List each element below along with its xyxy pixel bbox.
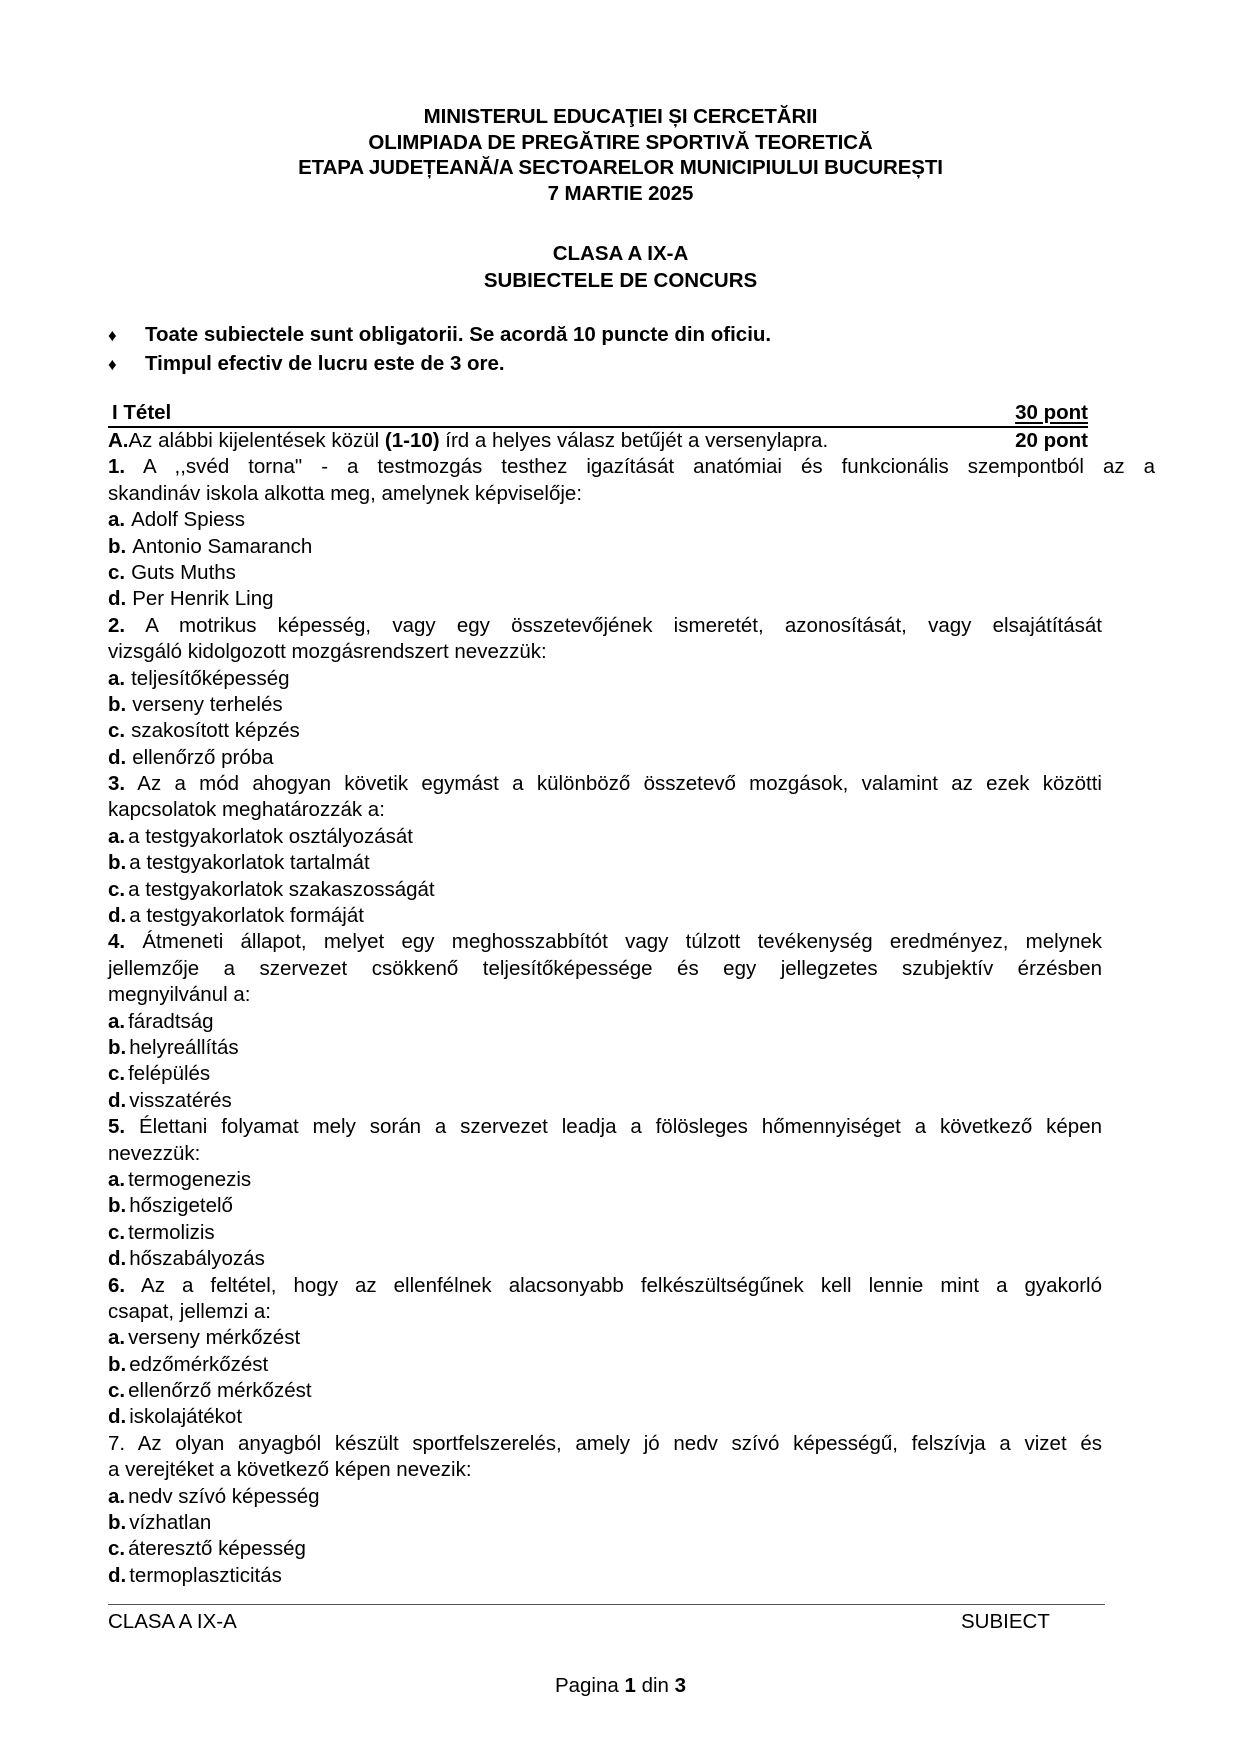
question-text: skandináv iskola alkotta meg, amelynek k… [108, 482, 582, 505]
question-stem-continued: a verejtéket a következő képen nevezik: [108, 1457, 1158, 1483]
option-letter: c. [108, 719, 125, 742]
question-text: Az a mód ahogyan követik egymást a külön… [137, 772, 1102, 795]
questions-content: A.Az alábbi kijelentések közül (1-10) ír… [108, 428, 1158, 1589]
answer-option: a.a testgyakorlatok osztályozását [108, 824, 1158, 850]
rules-list: ♦ Toate subiectele sunt obligatorii. Se … [108, 320, 1108, 378]
option-text: ellenőrző mérkőzést [128, 1379, 311, 1402]
question-number: 4. [108, 930, 125, 953]
option-text: a testgyakorlatok szakaszosságát [128, 878, 435, 901]
footer-class: CLASA A IX-A [108, 1610, 237, 1634]
question-text: Élettani folyamat mely során a szervezet… [139, 1115, 1102, 1138]
option-letter: a. [108, 1010, 125, 1033]
diamond-bullet-icon: ♦ [108, 350, 145, 379]
answer-option: d.a testgyakorlatok formáját [108, 903, 1158, 929]
section-header: I Tétel 30 pont [108, 401, 1088, 428]
section-points: 30 pont [1015, 401, 1088, 426]
option-text: Adolf Spiess [131, 508, 245, 531]
answer-option: d.ellenőrző próba [108, 745, 1158, 771]
option-text: fáradtság [128, 1010, 213, 1033]
exam-date: 7 MARTIE 2025 [0, 181, 1241, 207]
answer-option: d.hőszabályozás [108, 1246, 1158, 1272]
answer-option: b.vízhatlan [108, 1510, 1158, 1536]
option-letter: b. [108, 535, 126, 558]
footer-subject: SUBIECT [961, 1610, 1050, 1634]
question-text: jellemzője a szervezet csökkenő teljesít… [108, 957, 1102, 980]
question-number: 2. [108, 614, 125, 637]
current-page: 1 [624, 1674, 635, 1697]
option-text: verseny terhelés [132, 693, 282, 716]
class-label: CLASA A IX-A [0, 240, 1241, 267]
total-pages: 3 [675, 1674, 686, 1697]
option-letter: a. [108, 508, 125, 531]
option-text: a testgyakorlatok formáját [129, 904, 364, 927]
question-text: a verejtéket a következő képen nevezik: [108, 1458, 472, 1481]
option-letter: b. [108, 1511, 126, 1534]
question-text: vizsgáló kidolgozott mozgásrendszert nev… [108, 640, 547, 663]
question-item: 3. Az a mód ahogyan követik egymást a kü… [108, 771, 1158, 929]
question-item: 6. Az a feltétel, hogy az ellenfélnek al… [108, 1273, 1158, 1431]
question-number: 3. [108, 772, 125, 795]
ministry-title: MINISTERUL EDUCAŢIEI ȘI CERCETĂRII [0, 104, 1241, 130]
footer-divider [108, 1604, 1105, 1605]
answer-option: a.Adolf Spiess [108, 507, 1158, 533]
question-stem-continued: megnyilvánul a: [108, 982, 1158, 1008]
answer-option: b.edzőmérkőzést [108, 1352, 1158, 1378]
subject-title: SUBIECTELE DE CONCURS [0, 267, 1241, 294]
question-stem: 4. Átmeneti állapot, melyet egy meghossz… [108, 929, 1102, 955]
option-text: termogenezis [128, 1168, 251, 1191]
question-number: 7. [108, 1432, 125, 1455]
question-item: 5. Élettani folyamat mely során a szerve… [108, 1114, 1158, 1272]
option-letter: c. [108, 1379, 125, 1402]
question-list: 1. A ,,svéd torna" - a testmozgás testhe… [108, 454, 1158, 1589]
diamond-bullet-icon: ♦ [108, 321, 145, 350]
option-text: Antonio Samaranch [132, 535, 312, 558]
option-letter: b. [108, 1036, 126, 1059]
answer-option: c.áteresztő képesség [108, 1536, 1158, 1562]
answer-option: c.termolizis [108, 1220, 1158, 1246]
option-letter: d. [108, 1564, 126, 1587]
option-text: nedv szívó képesség [128, 1485, 319, 1508]
stage-title: ETAPA JUDEȚEANĂ/A SECTOARELOR MUNICIPIUL… [0, 155, 1241, 181]
option-letter: b. [108, 851, 126, 874]
question-item: 1. A ,,svéd torna" - a testmozgás testhe… [108, 454, 1158, 612]
answer-option: d.visszatérés [108, 1088, 1158, 1114]
answer-option: b.a testgyakorlatok tartalmát [108, 850, 1158, 876]
exam-page: MINISTERUL EDUCAŢIEI ȘI CERCETĂRII OLIMP… [0, 0, 1241, 1755]
question-text: kapcsolatok meghatározzák a: [108, 798, 385, 821]
question-item: 7. Az olyan anyagból készült sportfelsze… [108, 1431, 1158, 1589]
option-text: ellenőrző próba [132, 746, 273, 769]
option-text: hőszigetelő [129, 1194, 233, 1217]
answer-option: a.verseny mérkőzést [108, 1325, 1158, 1351]
answer-option: c.a testgyakorlatok szakaszosságát [108, 877, 1158, 903]
question-stem-continued: kapcsolatok meghatározzák a: [108, 797, 1158, 823]
answer-option: c.Guts Muths [108, 560, 1158, 586]
option-letter: a. [108, 825, 125, 848]
answer-option: a.fáradtság [108, 1009, 1158, 1035]
answer-option: b.verseny terhelés [108, 692, 1158, 718]
question-stem: 5. Élettani folyamat mely során a szerve… [108, 1114, 1102, 1140]
option-text: visszatérés [129, 1089, 232, 1112]
answer-option: b.helyreállítás [108, 1035, 1158, 1061]
option-letter: d. [108, 1089, 126, 1112]
option-letter: c. [108, 1537, 125, 1560]
part-points: 20 pont [1015, 428, 1088, 454]
option-text: teljesítőképesség [131, 667, 289, 690]
option-text: edzőmérkőzést [129, 1353, 268, 1376]
option-text: helyreállítás [129, 1036, 238, 1059]
option-text: felépülés [128, 1062, 210, 1085]
part-a-instruction: A.Az alábbi kijelentések közül (1-10) ír… [108, 428, 1088, 454]
question-stem: 1. A ,,svéd torna" - a testmozgás testhe… [108, 454, 1155, 480]
question-stem: 2. A motrikus képesség, vagy egy összete… [108, 613, 1102, 639]
option-letter: d. [108, 746, 126, 769]
option-letter: b. [108, 1194, 126, 1217]
class-block: CLASA A IX-A SUBIECTELE DE CONCURS [0, 240, 1241, 294]
option-text: termolizis [128, 1221, 215, 1244]
answer-option: a.nedv szívó képesség [108, 1484, 1158, 1510]
rule-item: ♦ Timpul efectiv de lucru este de 3 ore. [108, 349, 1108, 378]
question-stem: 6. Az a feltétel, hogy az ellenfélnek al… [108, 1273, 1102, 1299]
option-letter: c. [108, 561, 125, 584]
answer-option: a.termogenezis [108, 1167, 1158, 1193]
page-number: Pagina 1 din 3 [0, 1674, 1241, 1698]
question-text: A ,,svéd torna" - a testmozgás testhez i… [143, 455, 1155, 478]
document-header: MINISTERUL EDUCAŢIEI ȘI CERCETĂRII OLIMP… [0, 104, 1241, 206]
option-text: Per Henrik Ling [132, 587, 273, 610]
option-letter: d. [108, 587, 126, 610]
question-number: 1. [108, 455, 125, 478]
question-item: 4. Átmeneti állapot, melyet egy meghossz… [108, 929, 1158, 1114]
option-letter: d. [108, 904, 126, 927]
option-letter: d. [108, 1405, 126, 1428]
question-stem: 7. Az olyan anyagból készült sportfelsze… [108, 1431, 1102, 1457]
answer-option: a.teljesítőképesség [108, 666, 1158, 692]
answer-option: b.hőszigetelő [108, 1193, 1158, 1219]
option-text: a testgyakorlatok tartalmát [129, 851, 369, 874]
question-number: 6. [108, 1274, 125, 1297]
part-label: A. [108, 429, 129, 452]
rule-text: Timpul efectiv de lucru este de 3 ore. [145, 349, 505, 378]
answer-option: d.iskolajátékot [108, 1404, 1158, 1430]
answer-option: b.Antonio Samaranch [108, 534, 1158, 560]
question-stem: 3. Az a mód ahogyan követik egymást a kü… [108, 771, 1102, 797]
option-letter: a. [108, 1485, 125, 1508]
part-text-end: írd a helyes válasz betűjét a versenylap… [440, 429, 829, 452]
question-text: megnyilvánul a: [108, 983, 250, 1006]
answer-option: c.szakosított képzés [108, 718, 1158, 744]
question-stem-continued: vizsgáló kidolgozott mozgásrendszert nev… [108, 639, 1158, 665]
question-text: A motrikus képesség, vagy egy összetevőj… [145, 614, 1102, 637]
option-letter: b. [108, 693, 126, 716]
section-title: I Tétel [108, 401, 171, 426]
part-text: Az alábbi kijelentések közül [129, 429, 385, 452]
question-text: Az olyan anyagból készült sportfelszerel… [138, 1432, 1102, 1455]
rule-item: ♦ Toate subiectele sunt obligatorii. Se … [108, 320, 1108, 349]
option-text: vízhatlan [129, 1511, 211, 1534]
answer-option: d.termoplaszticitás [108, 1563, 1158, 1589]
option-text: verseny mérkőzést [128, 1326, 300, 1349]
option-letter: c. [108, 1062, 125, 1085]
option-text: iskolajátékot [129, 1405, 242, 1428]
olympiad-title: OLIMPIADA DE PREGĂTIRE SPORTIVĂ TEORETIC… [0, 130, 1241, 156]
question-stem-continued: skandináv iskola alkotta meg, amelynek k… [108, 481, 1158, 507]
question-stem-continued: csapat, jellemzi a: [108, 1299, 1158, 1325]
part-range: (1-10) [385, 429, 440, 452]
option-text: Guts Muths [131, 561, 236, 584]
option-letter: c. [108, 1221, 125, 1244]
question-text: csapat, jellemzi a: [108, 1300, 271, 1323]
option-letter: a. [108, 1168, 125, 1191]
question-item: 2. A motrikus képesség, vagy egy összete… [108, 613, 1158, 771]
option-letter: c. [108, 878, 125, 901]
answer-option: d.Per Henrik Ling [108, 586, 1158, 612]
option-text: a testgyakorlatok osztályozását [128, 825, 413, 848]
question-text: Átmeneti állapot, melyet egy meghosszabb… [142, 930, 1102, 953]
option-letter: a. [108, 667, 125, 690]
question-stem-continued: jellemzője a szervezet csökkenő teljesít… [108, 956, 1102, 982]
option-letter: d. [108, 1247, 126, 1270]
answer-option: c.ellenőrző mérkőzést [108, 1378, 1158, 1404]
option-letter: b. [108, 1353, 126, 1376]
question-number: 5. [108, 1115, 125, 1138]
answer-option: c.felépülés [108, 1061, 1158, 1087]
rule-text: Toate subiectele sunt obligatorii. Se ac… [145, 320, 771, 349]
question-stem-continued: nevezzük: [108, 1141, 1158, 1167]
question-text: nevezzük: [108, 1142, 200, 1165]
option-text: termoplaszticitás [129, 1564, 282, 1587]
option-letter: a. [108, 1326, 125, 1349]
option-text: hőszabályozás [129, 1247, 265, 1270]
option-text: szakosított képzés [131, 719, 300, 742]
option-text: áteresztő képesség [128, 1537, 306, 1560]
question-text: Az a feltétel, hogy az ellenfélnek alacs… [141, 1274, 1102, 1297]
